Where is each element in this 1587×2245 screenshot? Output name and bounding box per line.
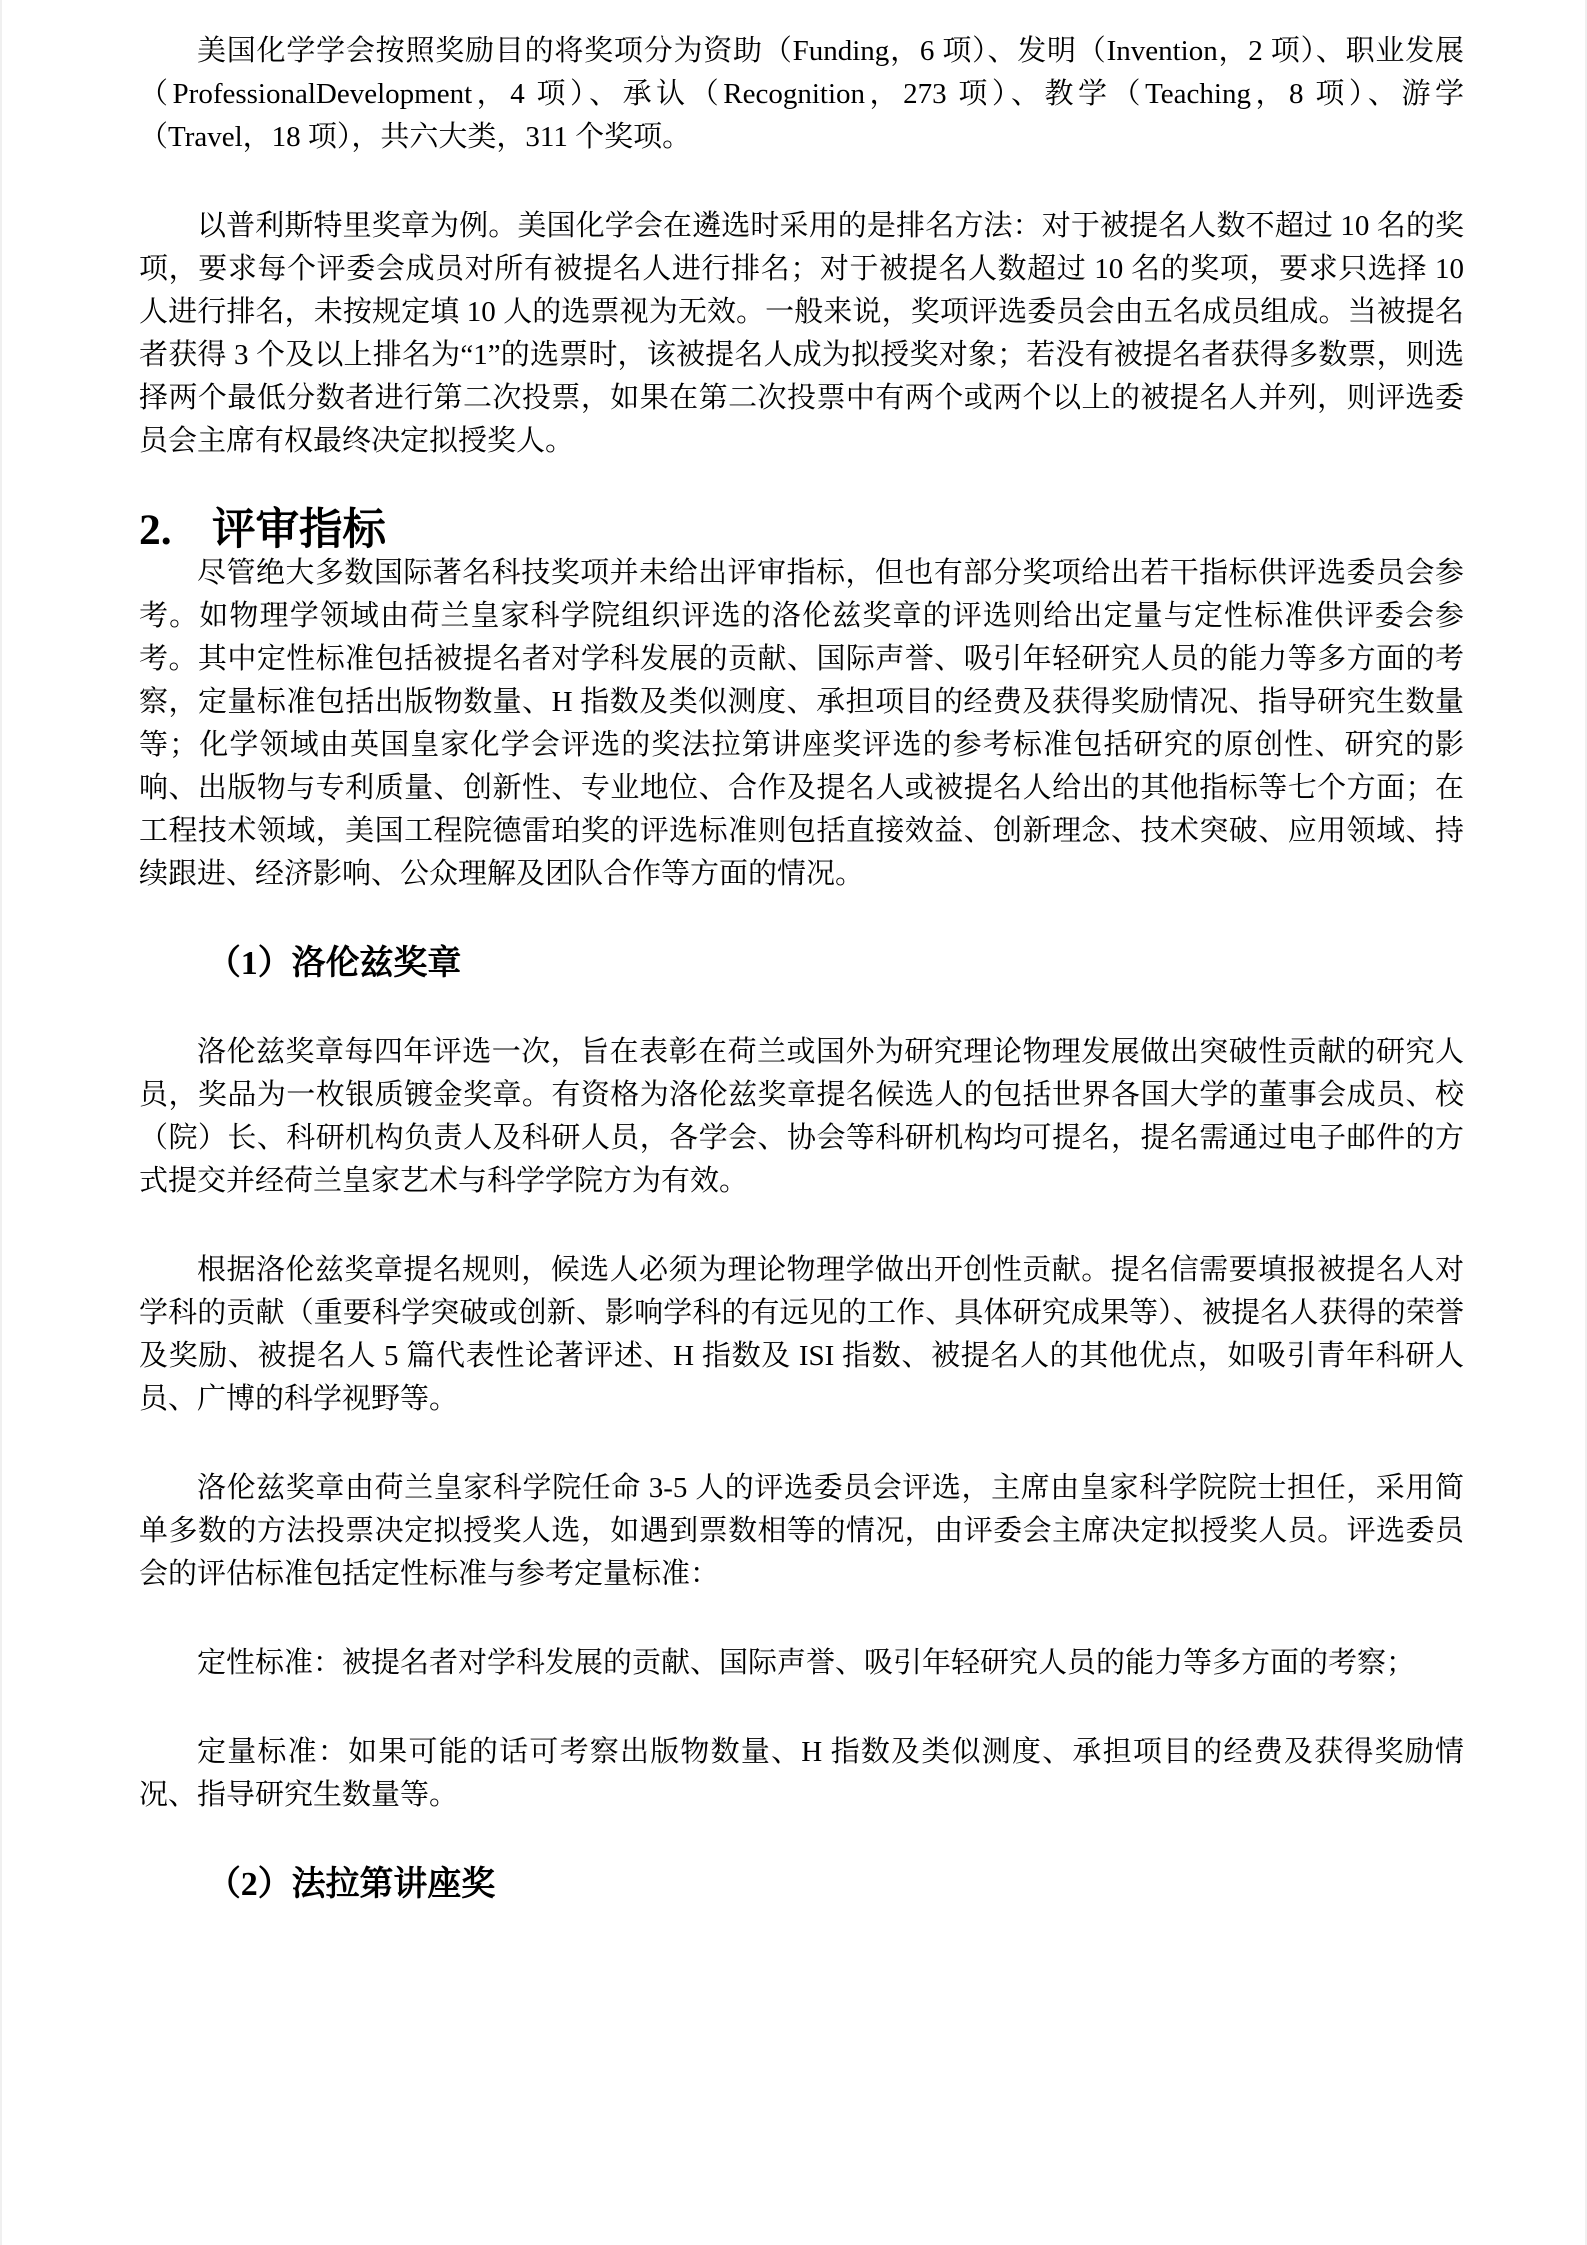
paragraph-acs-awards-categories: 美国化学学会按照奖励目的将奖项分为资助（Funding，6 项）、发明（Inve…: [139, 30, 1464, 159]
paragraph-review-criteria-overview: 尽管绝大多数国际著名科技奖项并未给出评审指标，但也有部分奖项给出若干指标供评选委…: [139, 552, 1464, 896]
paragraph-lorentz-nomination-rules: 根据洛伦兹奖章提名规则，候选人必须为理论物理学做出开创性贡献。提名信需要填报被提…: [139, 1249, 1464, 1421]
subheading-faraday-lectureship-prize: （2）法拉第讲座奖: [139, 1863, 1464, 1906]
paragraph-qualitative-criteria: 定性标准：被提名者对学科发展的贡献、国际声誉、吸引年轻研究人员的能力等多方面的考…: [139, 1642, 1464, 1685]
document-page: 美国化学学会按照奖励目的将奖项分为资助（Funding，6 项）、发明（Inve…: [0, 0, 1587, 2245]
paragraph-lorentz-committee-process: 洛伦兹奖章由荷兰皇家科学院任命 3-5 人的评选委员会评选，主席由皇家科学院院士…: [139, 1467, 1464, 1596]
paragraph-priestley-medal-example: 以普利斯特里奖章为例。美国化学会在遴选时采用的是排名方法：对于被提名人数不超过 …: [139, 205, 1464, 463]
paragraph-quantitative-criteria: 定量标准：如果可能的话可考察出版物数量、H 指数及类似测度、承担项目的经费及获得…: [139, 1731, 1464, 1817]
section-number: 2.: [139, 509, 212, 552]
subheading-lorentz-medal: （1）洛伦兹奖章: [139, 942, 1464, 985]
section-title: 评审指标: [212, 506, 386, 554]
section-heading-review-criteria: 2.评审指标: [139, 509, 1464, 552]
paragraph-lorentz-medal-intro: 洛伦兹奖章每四年评选一次，旨在表彰在荷兰或国外为研究理论物理发展做出突破性贡献的…: [139, 1031, 1464, 1203]
page-content: 美国化学学会按照奖励目的将奖项分为资助（Funding，6 项）、发明（Inve…: [139, 30, 1464, 1952]
